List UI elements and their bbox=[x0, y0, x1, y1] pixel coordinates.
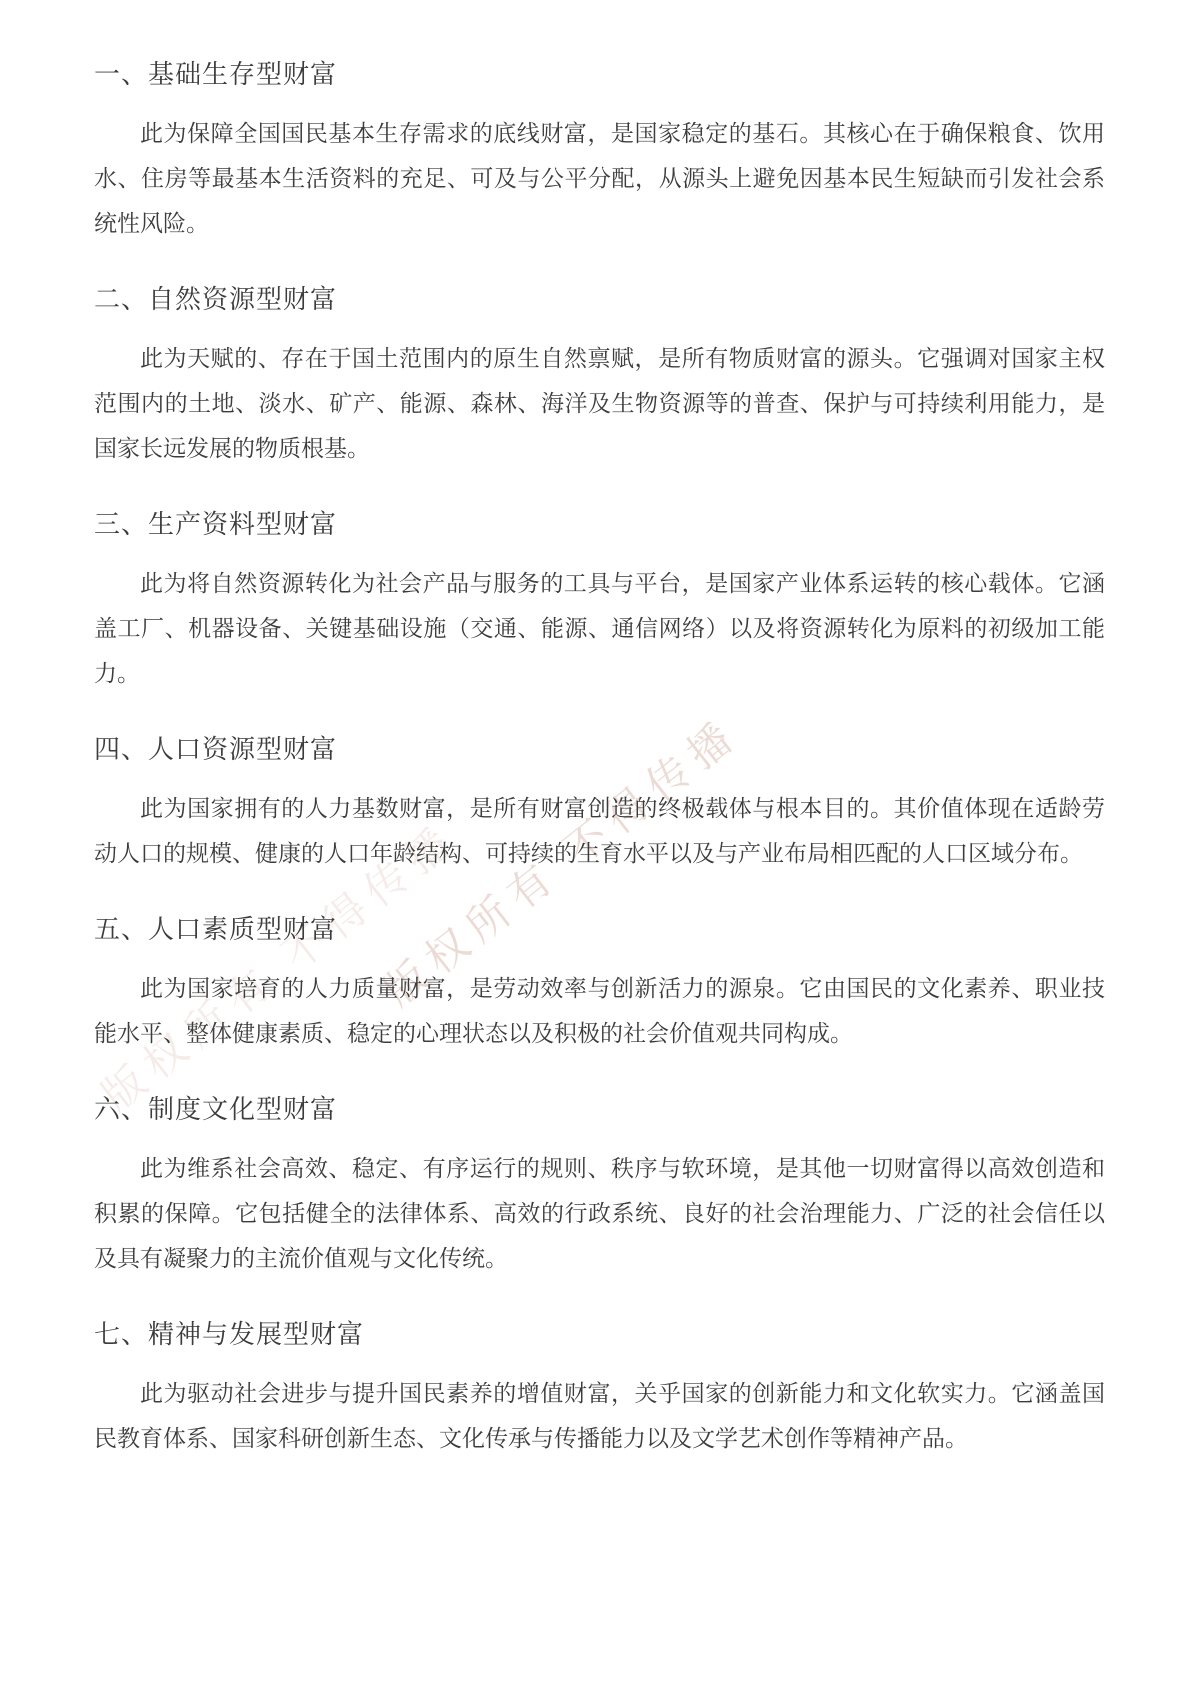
wealth-section: 一、基础生存型财富 此为保障全国国民基本生存需求的底线财富，是国家稳定的基石。其… bbox=[94, 57, 1105, 246]
document-page: 版权所有 不得传播 版权所有 不得传播 一、基础生存型财富 此为保障全国国民基本… bbox=[0, 0, 1200, 1699]
section-paragraph: 此为将自然资源转化为社会产品与服务的工具与平台，是国家产业体系运转的核心载体。它… bbox=[94, 561, 1105, 696]
section-paragraph: 此为国家拥有的人力基数财富，是所有财富创造的终极载体与根本目的。其价值体现在适龄… bbox=[94, 786, 1105, 876]
wealth-section: 四、人口资源型财富 此为国家拥有的人力基数财富，是所有财富创造的终极载体与根本目… bbox=[94, 732, 1105, 876]
document-content: 一、基础生存型财富 此为保障全国国民基本生存需求的底线财富，是国家稳定的基石。其… bbox=[94, 0, 1105, 1497]
section-paragraph: 此为天赋的、存在于国土范围内的原生自然禀赋，是所有物质财富的源头。它强调对国家主… bbox=[94, 336, 1105, 471]
section-heading: 二、自然资源型财富 bbox=[94, 282, 1105, 318]
wealth-section: 二、自然资源型财富 此为天赋的、存在于国土范围内的原生自然禀赋，是所有物质财富的… bbox=[94, 282, 1105, 471]
section-heading: 七、精神与发展型财富 bbox=[94, 1317, 1105, 1353]
section-heading: 六、制度文化型财富 bbox=[94, 1092, 1105, 1128]
section-heading: 五、人口素质型财富 bbox=[94, 912, 1105, 948]
wealth-section: 六、制度文化型财富 此为维系社会高效、稳定、有序运行的规则、秩序与软环境，是其他… bbox=[94, 1092, 1105, 1281]
wealth-section: 五、人口素质型财富 此为国家培育的人力质量财富，是劳动效率与创新活力的源泉。它由… bbox=[94, 912, 1105, 1056]
section-heading: 三、生产资料型财富 bbox=[94, 507, 1105, 543]
wealth-section: 三、生产资料型财富 此为将自然资源转化为社会产品与服务的工具与平台，是国家产业体… bbox=[94, 507, 1105, 696]
section-paragraph: 此为驱动社会进步与提升国民素养的增值财富，关乎国家的创新能力和文化软实力。它涵盖… bbox=[94, 1371, 1105, 1461]
section-heading: 四、人口资源型财富 bbox=[94, 732, 1105, 768]
wealth-section: 七、精神与发展型财富 此为驱动社会进步与提升国民素养的增值财富，关乎国家的创新能… bbox=[94, 1317, 1105, 1461]
section-paragraph: 此为保障全国国民基本生存需求的底线财富，是国家稳定的基石。其核心在于确保粮食、饮… bbox=[94, 111, 1105, 246]
section-paragraph: 此为维系社会高效、稳定、有序运行的规则、秩序与软环境，是其他一切财富得以高效创造… bbox=[94, 1146, 1105, 1281]
section-paragraph: 此为国家培育的人力质量财富，是劳动效率与创新活力的源泉。它由国民的文化素养、职业… bbox=[94, 966, 1105, 1056]
section-heading: 一、基础生存型财富 bbox=[94, 57, 1105, 93]
